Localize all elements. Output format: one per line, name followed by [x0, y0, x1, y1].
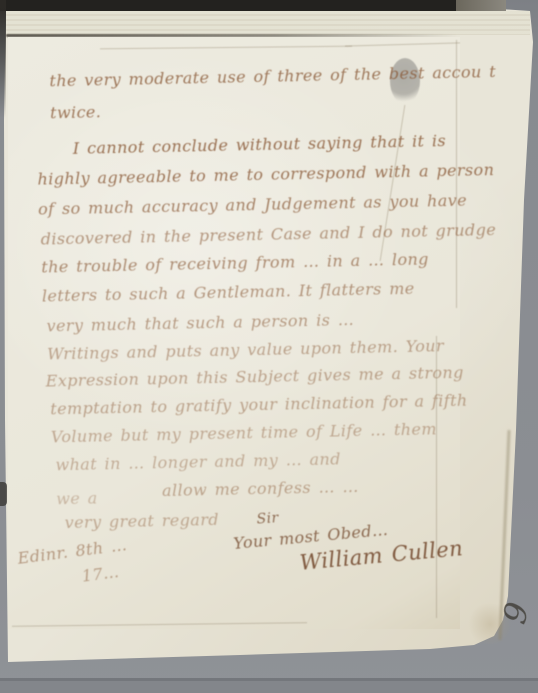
handwriting-line: Sir [256, 510, 279, 528]
handwriting-line: I cannot conclude without saying that it… [73, 131, 447, 158]
handwriting-line: highly agreeable to me to correspond wit… [37, 160, 494, 189]
handwriting-line: of so much accuracy and Judgement as you… [38, 191, 467, 219]
handwriting-line: very much that such a person is … [46, 310, 354, 335]
handwriting-line: what in … longer and my … and [55, 449, 341, 474]
handwriting-line: very great regard [64, 510, 219, 532]
handwriting-line: discovered in the present Case and I do … [41, 220, 497, 249]
handwriting-line: letters to such a Gentleman. It flatters… [42, 279, 415, 306]
handwriting-line: Expression upon this Subject gives me a … [46, 363, 464, 391]
handwriting-layer: the very moderate use of three of the be… [0, 0, 538, 693]
handwriting-line: Volume but my present time of Life … the… [51, 419, 437, 446]
backdrop-lower-band [0, 681, 538, 693]
handwriting-line: the very moderate use of three of the be… [49, 62, 496, 90]
handwriting-line: 17… [81, 562, 121, 586]
handwriting-line: we a [56, 488, 98, 508]
handwriting-line: Writings and puts any value upon them. Y… [47, 336, 444, 363]
handwriting-line: temptation to gratify your inclination f… [50, 391, 468, 419]
handwriting-line: the trouble of receiving from … in a … l… [41, 249, 429, 276]
handwriting-line: twice. [50, 102, 102, 122]
handwriting-line: allow me confess … … [162, 477, 359, 500]
letter-scan-photo: { "meta": { "description": "Photograph o… [0, 0, 538, 693]
